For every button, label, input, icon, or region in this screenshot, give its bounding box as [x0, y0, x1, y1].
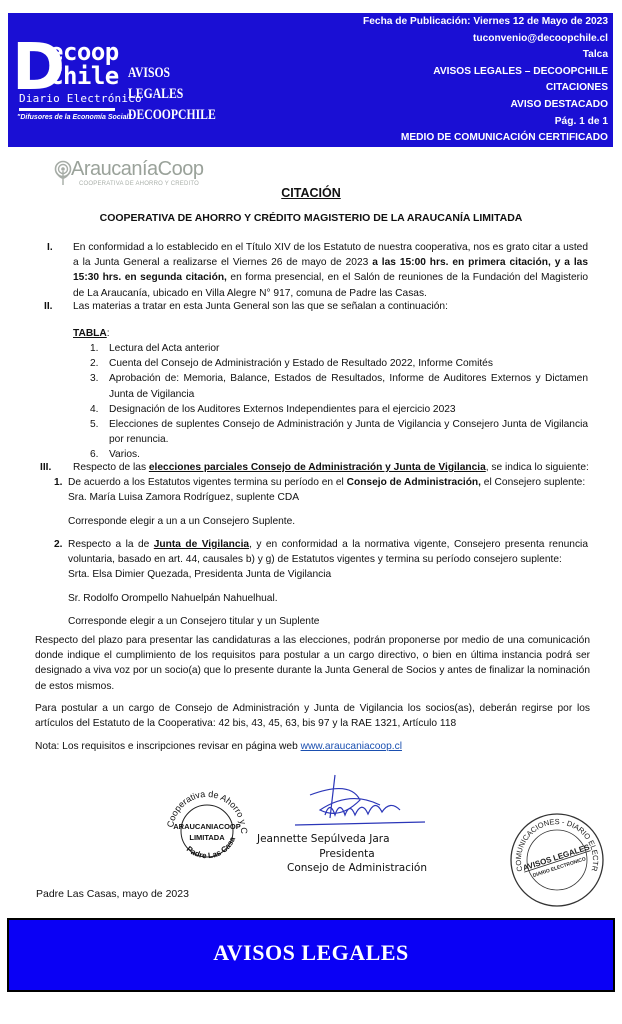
footer-banner: AVISOS LEGALES — [7, 918, 615, 992]
agenda-item: 3.Aprobación de: Memoria, Balance, Estad… — [90, 371, 588, 401]
note-paragraph: Nota: Los requisitos e inscripciones rev… — [35, 739, 590, 754]
notice-type: AVISO DESTACADO — [363, 97, 608, 114]
footer-banner-text: AVISOS LEGALES — [9, 940, 613, 966]
item-2-number: 2. — [54, 537, 63, 552]
agenda-item-number: 1. — [90, 341, 99, 356]
decoop-logo-subtitle: Diario Electrónico — [19, 93, 142, 105]
coop-logo-name: AraucaníaCoop — [71, 158, 203, 181]
section-i-label: I. — [47, 240, 53, 255]
agenda-item-number: 2. — [90, 356, 99, 371]
certification: MEDIO DE COMUNICACIÓN CERTIFICADO — [363, 130, 608, 147]
eligibility-paragraph: Para postular a un cargo de Consejo de A… — [35, 701, 590, 731]
agenda-item-text: Lectura del Acta anterior — [109, 343, 219, 354]
tree-emblem-icon — [54, 160, 72, 186]
cooperative-seal: Cooperativa de Ahorro y Crédito Padre La… — [163, 787, 251, 875]
newspaper-seal: COMUNICACIONES - DIARIO ELECTRÓNICO AVIS… — [509, 812, 605, 908]
agenda-item-text: Designación de los Auditores Externos In… — [109, 404, 456, 415]
agenda-item-text: Elecciones de suplentes Consejo de Admin… — [109, 419, 588, 445]
item-1-name: Sra. María Luisa Zamora Rodríguez, suple… — [68, 490, 299, 505]
candidacy-deadline-paragraph: Respecto del plazo para presentar las ca… — [35, 633, 590, 694]
brand-line: LEGALES — [128, 84, 216, 105]
tabla-heading: TABLA: — [73, 326, 110, 341]
seal-icon: Cooperativa de Ahorro y Crédito Padre La… — [163, 787, 251, 875]
place-date: Padre Las Casas, mayo de 2023 — [36, 888, 189, 900]
page-number: Pág. 1 de 1 — [363, 114, 608, 131]
brand-line: DECOOPCHILE — [128, 105, 216, 126]
agenda-item-number: 3. — [90, 371, 99, 386]
decoop-logo-tagline: "Difusores de la Economía Social" — [17, 114, 132, 121]
svg-text:ARAUCANIACOOP: ARAUCANIACOOP — [173, 822, 241, 831]
agenda-item: 1.Lectura del Acta anterior — [90, 341, 588, 356]
category: CITACIONES — [363, 80, 608, 97]
section-ii-text: Las materias a tratar en esta Junta Gene… — [73, 299, 588, 314]
city: Talca — [363, 47, 608, 64]
section-iii-label: III. — [40, 460, 51, 475]
signatory-body: Consejo de Administración — [257, 861, 427, 876]
item-2-name-1: Srta. Elsa Dimier Quezada, Presidenta Ju… — [68, 567, 331, 582]
svg-text:LIMITADA: LIMITADA — [189, 833, 225, 842]
agenda-item: 4.Designación de los Auditores Externos … — [90, 402, 588, 417]
logo-divider — [19, 108, 115, 111]
publication-date: Fecha de Publicación: Viernes 12 de Mayo… — [363, 14, 608, 31]
agenda-item-number: 4. — [90, 402, 99, 417]
item-2-text: Respecto a la de Junta de Vigilancia, y … — [68, 537, 588, 567]
section-i-text: En conformidad a lo establecido en el Tí… — [73, 240, 588, 301]
item-2-note: Corresponde elegir a un Consejero titula… — [68, 614, 319, 629]
signature-scribble-icon — [290, 770, 430, 840]
certification-stamp-icon: COMUNICACIONES - DIARIO ELECTRÓNICO AVIS… — [509, 812, 605, 908]
document-subtitle: COOPERATIVA DE AHORRO Y CRÉDITO MAGISTER… — [0, 212, 622, 224]
agenda-item: 5.Elecciones de suplentes Consejo de Adm… — [90, 417, 588, 447]
agenda-item-text: Cuenta del Consejo de Administración y E… — [109, 358, 493, 369]
agenda-item-text: Aprobación de: Memoria, Balance, Estados… — [109, 373, 588, 399]
brand-title: AVISOS LEGALES DECOOPCHILE — [128, 63, 216, 126]
agenda-item: 2.Cuenta del Consejo de Administración y… — [90, 356, 588, 371]
agenda-item-text: Varios. — [109, 449, 140, 460]
agenda-item-number: 5. — [90, 417, 99, 432]
brand-line: AVISOS — [128, 63, 216, 84]
item-1-text: De acuerdo a los Estatutos vigentes term… — [68, 475, 608, 490]
signature-block: Jeannette Sepúlveda Jara Presidenta Cons… — [257, 832, 417, 876]
decoop-logo-line2: Chile — [49, 64, 119, 88]
publication-meta: Fecha de Publicación: Viernes 12 de Mayo… — [363, 14, 608, 147]
section-iii-text: Respecto de las elecciones parciales Con… — [73, 460, 603, 475]
item-1-note: Corresponde elegir a un a un Consejero S… — [68, 514, 295, 529]
document-title: CITACIÓN — [0, 186, 622, 200]
signatory-role: Presidenta — [257, 847, 417, 862]
section-name: AVISOS LEGALES – DECOOPCHILE — [363, 64, 608, 81]
contact-email[interactable]: tuconvenio@decoopchile.cl — [363, 31, 608, 48]
section-ii-label: II. — [44, 299, 53, 314]
item-2-name-2: Sr. Rodolfo Orompello Nahuelpán Nahuelhu… — [68, 591, 278, 606]
signatory-name: Jeannette Sepúlveda Jara — [257, 832, 417, 847]
item-1-number: 1. — [54, 475, 63, 490]
decoop-logo-line1: ecoop — [49, 40, 119, 64]
agenda-list: 1.Lectura del Acta anterior2.Cuenta del … — [90, 341, 588, 463]
website-link[interactable]: www.araucaniacoop.cl — [301, 741, 402, 752]
